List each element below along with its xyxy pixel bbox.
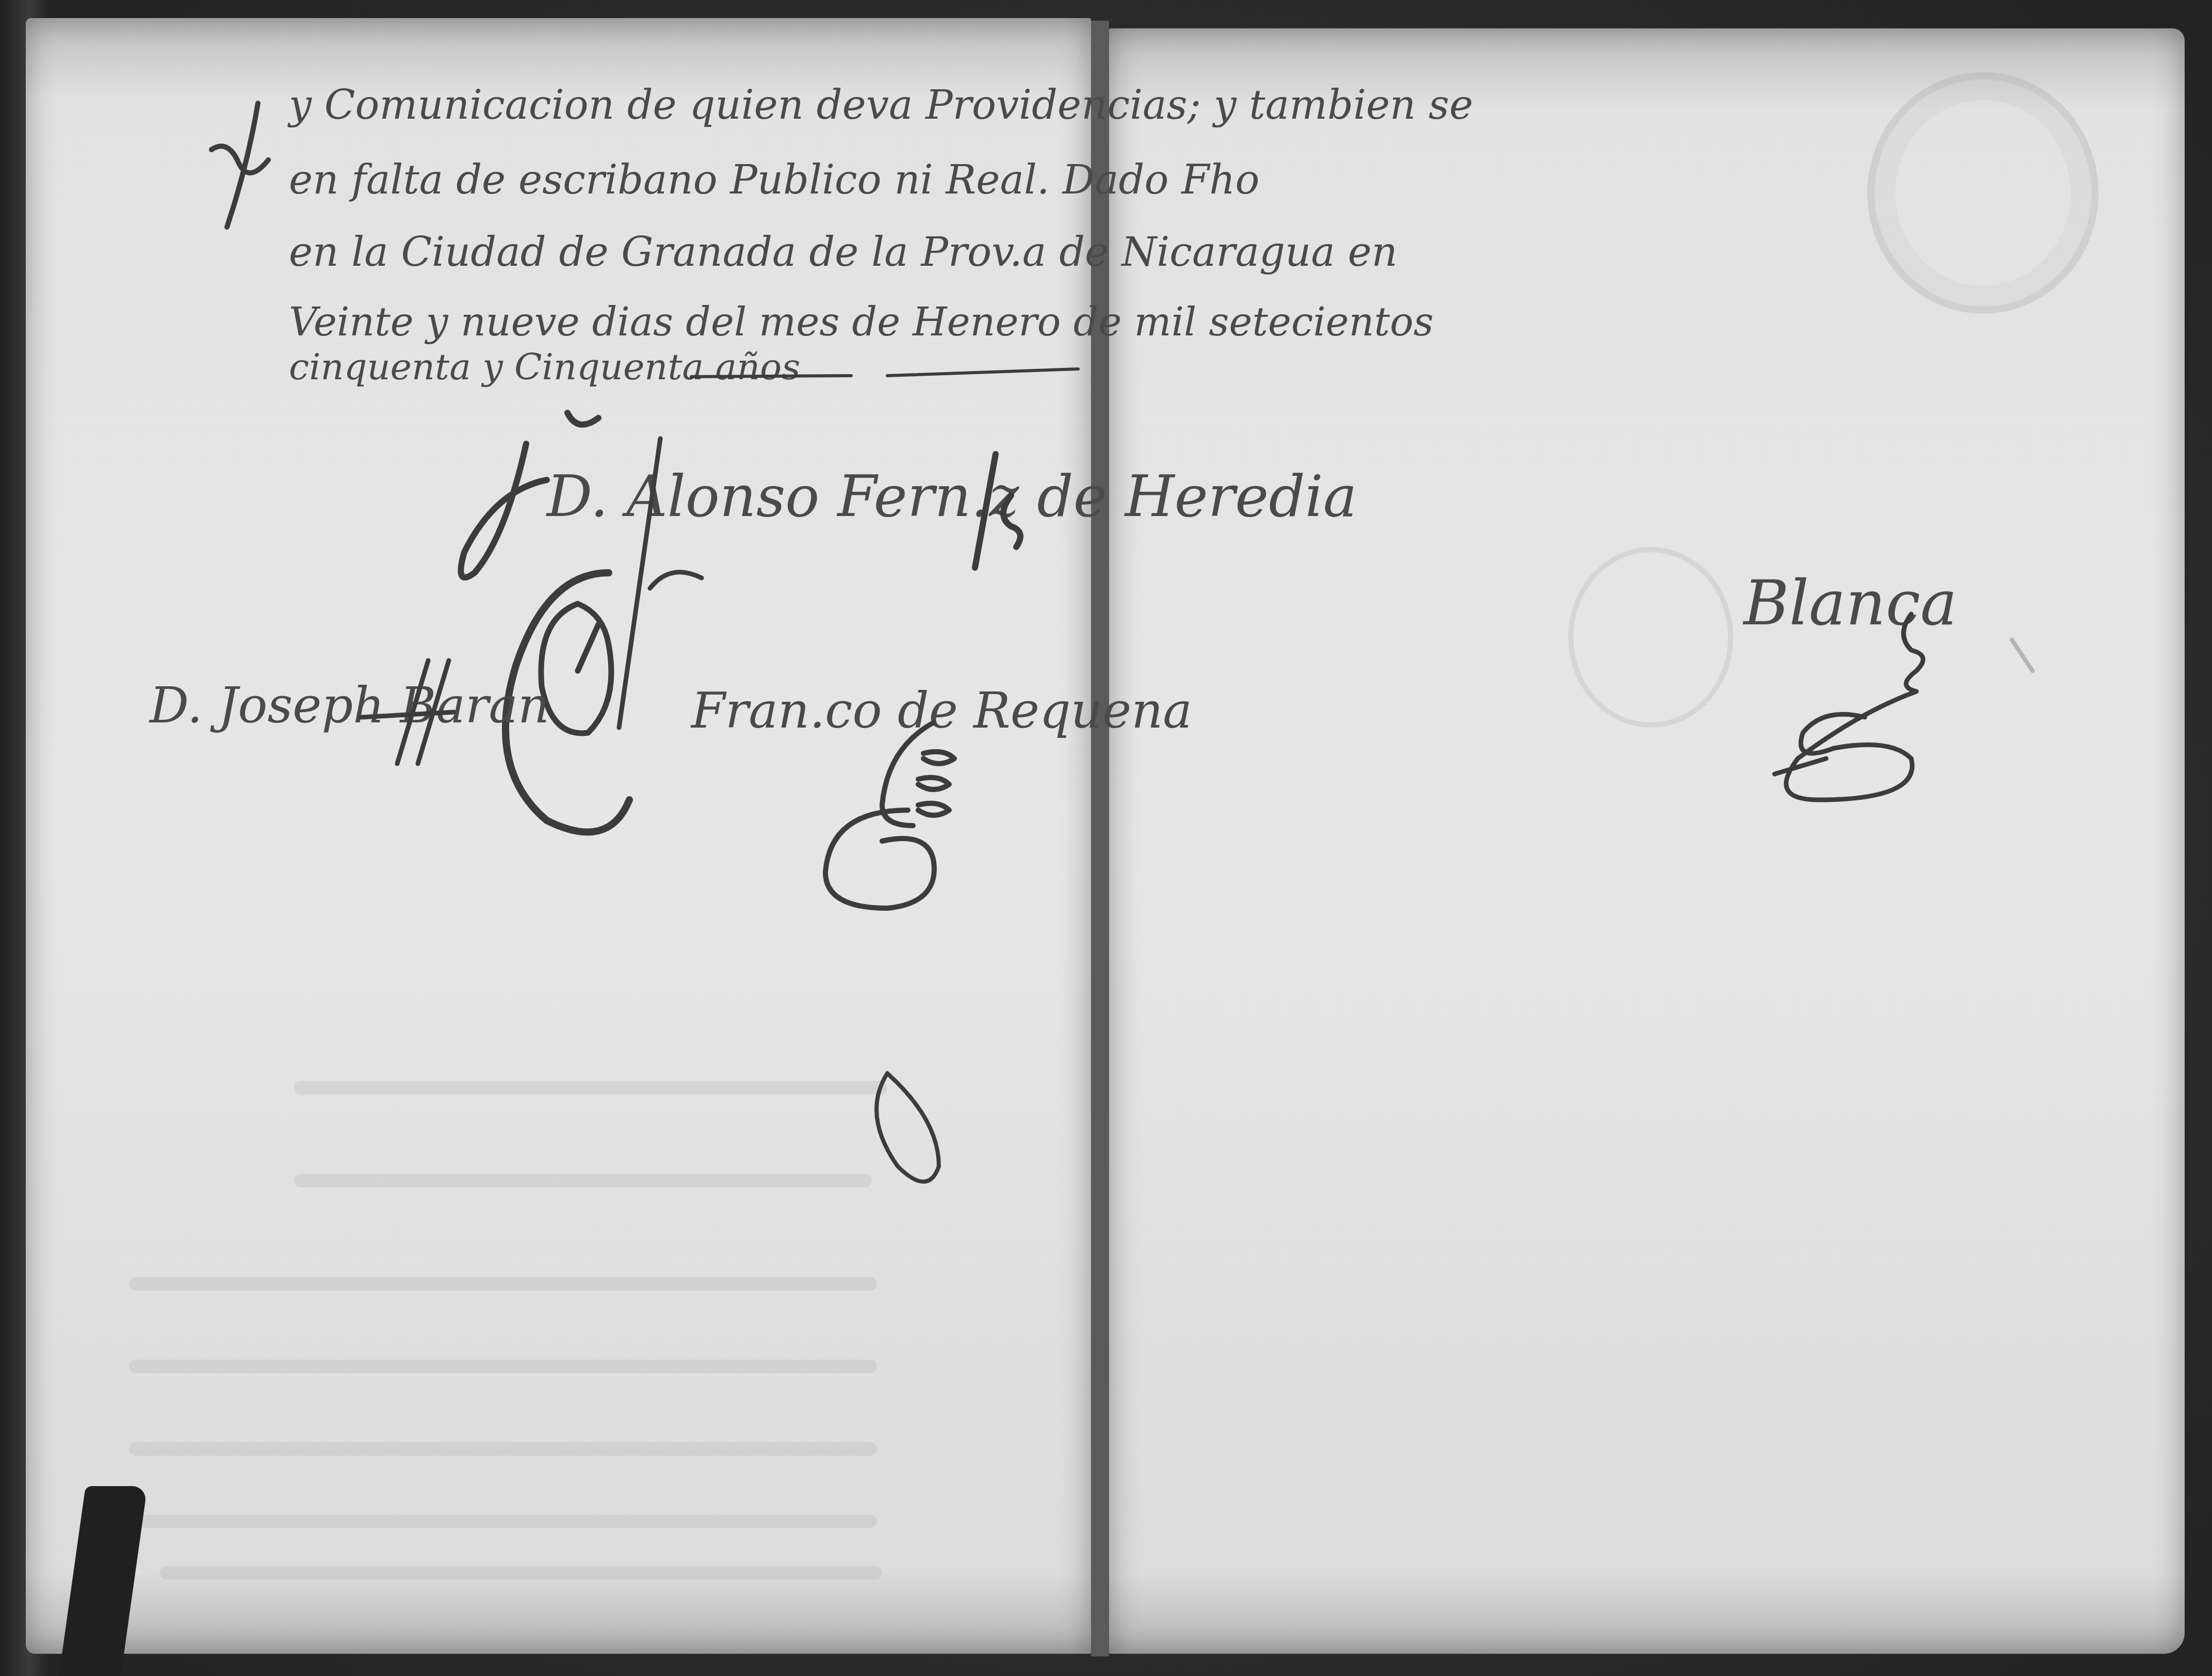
book-gutter bbox=[1091, 21, 1109, 1656]
bleed-through-line bbox=[294, 1081, 887, 1094]
bleed-through-line bbox=[294, 1174, 872, 1187]
archive-stamp-faint bbox=[1867, 72, 2099, 314]
bleed-through-line bbox=[129, 1360, 877, 1373]
bleed-through-line bbox=[129, 1514, 877, 1528]
left-page bbox=[26, 18, 1091, 1654]
bleed-through-flourish bbox=[1568, 547, 1733, 728]
bleed-through-line bbox=[129, 1442, 877, 1456]
bleed-through-line bbox=[129, 1277, 877, 1291]
bleed-through-line bbox=[160, 1566, 882, 1580]
